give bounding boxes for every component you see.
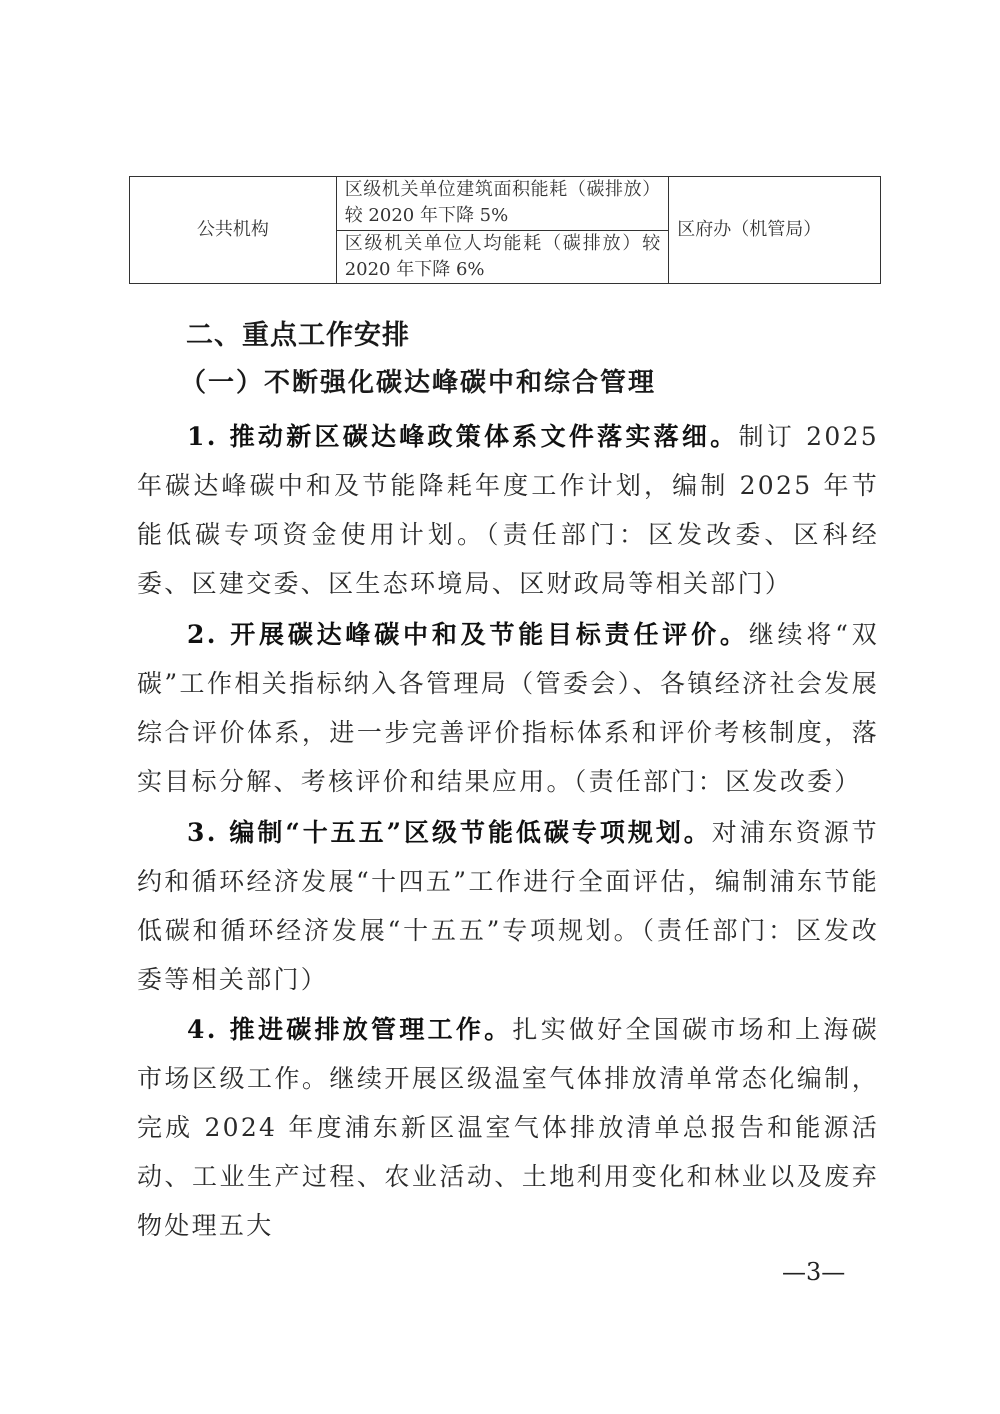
targets-table: 公共机构 区级机关单位建筑面积能耗（碳排放）较 2020 年下降 5% 区府办（… [129,176,881,284]
department-cell: 区府办（机管局） [669,177,881,284]
work-item-3: 3. 编制“十五五”区级节能低碳专项规划。对浦东资源节约和循环经济发展“十四五”… [137,808,879,1004]
work-item-title: 3. 编制“十五五”区级节能低碳专项规划。 [187,818,712,847]
work-item-body: 扎实做好全国碳市场和上海碳市场区级工作。继续开展区级温室气体排放清单常态化编制，… [137,1015,879,1240]
sector-cell: 公共机构 [130,177,337,284]
document-page: 公共机构 区级机关单位建筑面积能耗（碳排放）较 2020 年下降 5% 区府办（… [0,0,1000,1414]
work-item-4: 4. 推进碳排放管理工作。扎实做好全国碳市场和上海碳市场区级工作。继续开展区级温… [137,1005,879,1250]
work-item-title: 4. 推进碳排放管理工作。 [187,1015,512,1044]
section-heading: 二、重点工作安排 [186,313,410,352]
target-cell: 区级机关单位人均能耗（碳排放）较 2020 年下降 6% [336,230,669,284]
page-number: —3— [782,1258,845,1286]
subsection-heading: （一）不断强化碳达峰碳中和综合管理 [180,362,656,399]
work-item-title: 2. 开展碳达峰碳中和及节能目标责任评价。 [187,620,749,649]
work-item-2: 2. 开展碳达峰碳中和及节能目标责任评价。继续将“双碳”工作相关指标纳入各管理局… [137,610,879,806]
work-item-title: 1. 推动新区碳达峰政策体系文件落实落细。 [187,422,738,451]
target-cell: 区级机关单位建筑面积能耗（碳排放）较 2020 年下降 5% [336,177,669,231]
work-item-1: 1. 推动新区碳达峰政策体系文件落实落细。制订 2025 年碳达峰碳中和及节能降… [137,412,879,608]
table-row: 公共机构 区级机关单位建筑面积能耗（碳排放）较 2020 年下降 5% 区府办（… [130,177,881,231]
